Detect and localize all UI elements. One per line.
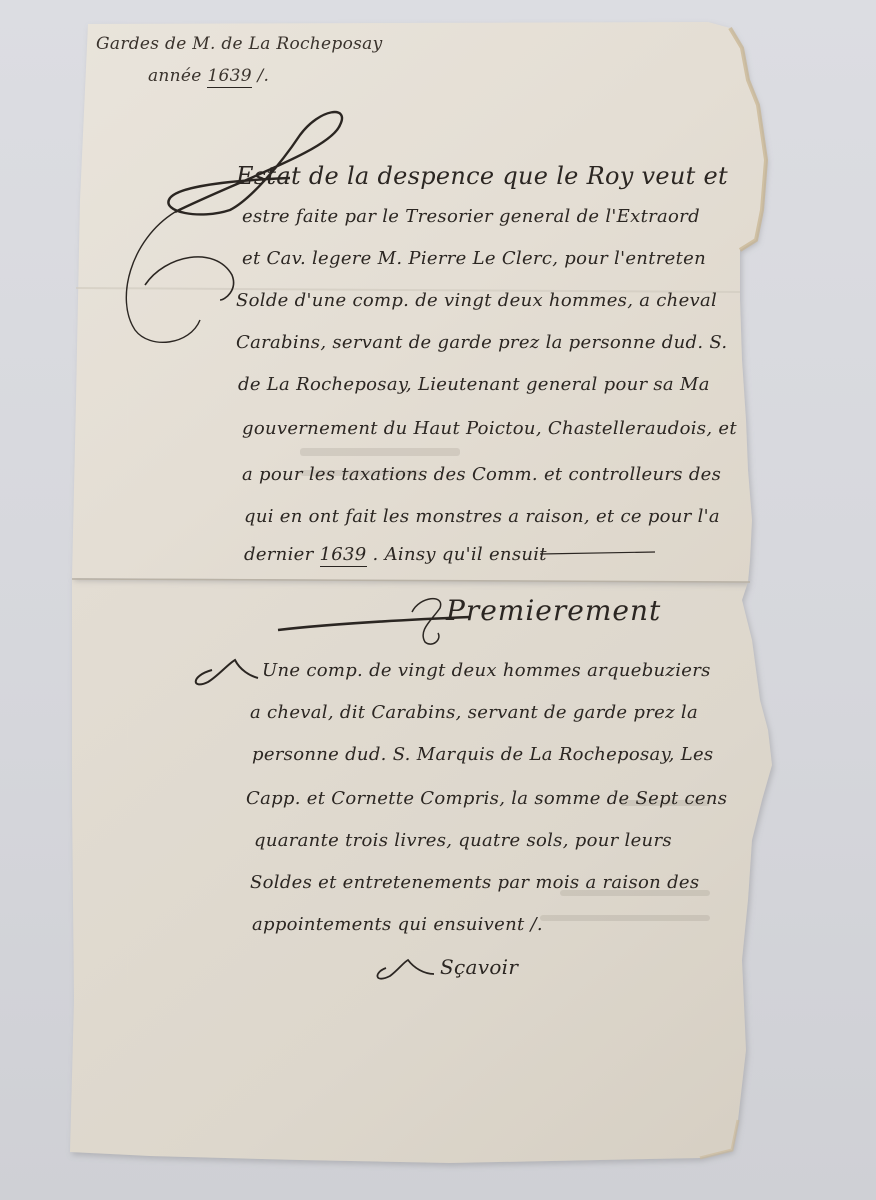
text-line-2: estre faite par le Tresorier general de … — [242, 206, 700, 227]
lower-line-6: Soldes et entretenements par mois a rais… — [250, 872, 699, 893]
marginal-note-year-value: 1639 — [207, 66, 251, 88]
text-line-8: a pour les taxations des Comm. et contro… — [242, 464, 721, 485]
marginal-note-year-prefix: année — [148, 66, 207, 86]
closing-word: Sçavoir — [440, 955, 518, 979]
text-line-7: gouvernement du Haut Poictou, Chasteller… — [242, 418, 737, 439]
text-line-10-year: 1639 — [320, 544, 367, 567]
text-line-10-prefix: dernier — [244, 544, 320, 565]
lower-line-1: Une comp. de vingt deux hommes arquebuzi… — [262, 660, 711, 681]
lower-line-4: Capp. et Cornette Compris, la somme de S… — [246, 788, 727, 809]
marginal-note-title: Gardes de M. de La Rocheposay — [96, 34, 383, 54]
paper-sheet: Gardes de M. de La Rocheposay année 1639… — [0, 0, 876, 1200]
text-line-9: qui en ont fait les monstres a raison, e… — [244, 506, 720, 527]
text-line-5: Carabins, servant de garde prez la perso… — [236, 332, 727, 353]
lower-line-5: quarante trois livres, quatre sols, pour… — [254, 830, 672, 851]
section-heading: Premierement — [446, 594, 661, 627]
text-line-1: Estat de la despence que le Roy veut et — [236, 162, 728, 190]
manuscript-photo: Gardes de M. de La Rocheposay année 1639… — [0, 0, 876, 1200]
lower-line-7: appointements qui ensuivent /. — [252, 914, 543, 935]
text-line-10-suffix: . Ainsy qu'il ensuit — [367, 544, 547, 565]
text-line-4: Solde d'une comp. de vingt deux hommes, … — [236, 290, 717, 311]
text-line-3: et Cav. legere M. Pierre Le Clerc, pour … — [242, 248, 706, 269]
marginal-note-year-suffix: /. — [252, 66, 269, 86]
marginal-note-year: année 1639 /. — [148, 66, 269, 86]
text-line-10: dernier 1639 . Ainsy qu'il ensuit — [244, 544, 547, 565]
lower-line-2: a cheval, dit Carabins, servant de garde… — [250, 702, 698, 723]
text-line-6: de La Rocheposay, Lieutenant general pou… — [238, 374, 710, 395]
lower-line-3: personne dud. S. Marquis de La Rocheposa… — [252, 744, 713, 765]
